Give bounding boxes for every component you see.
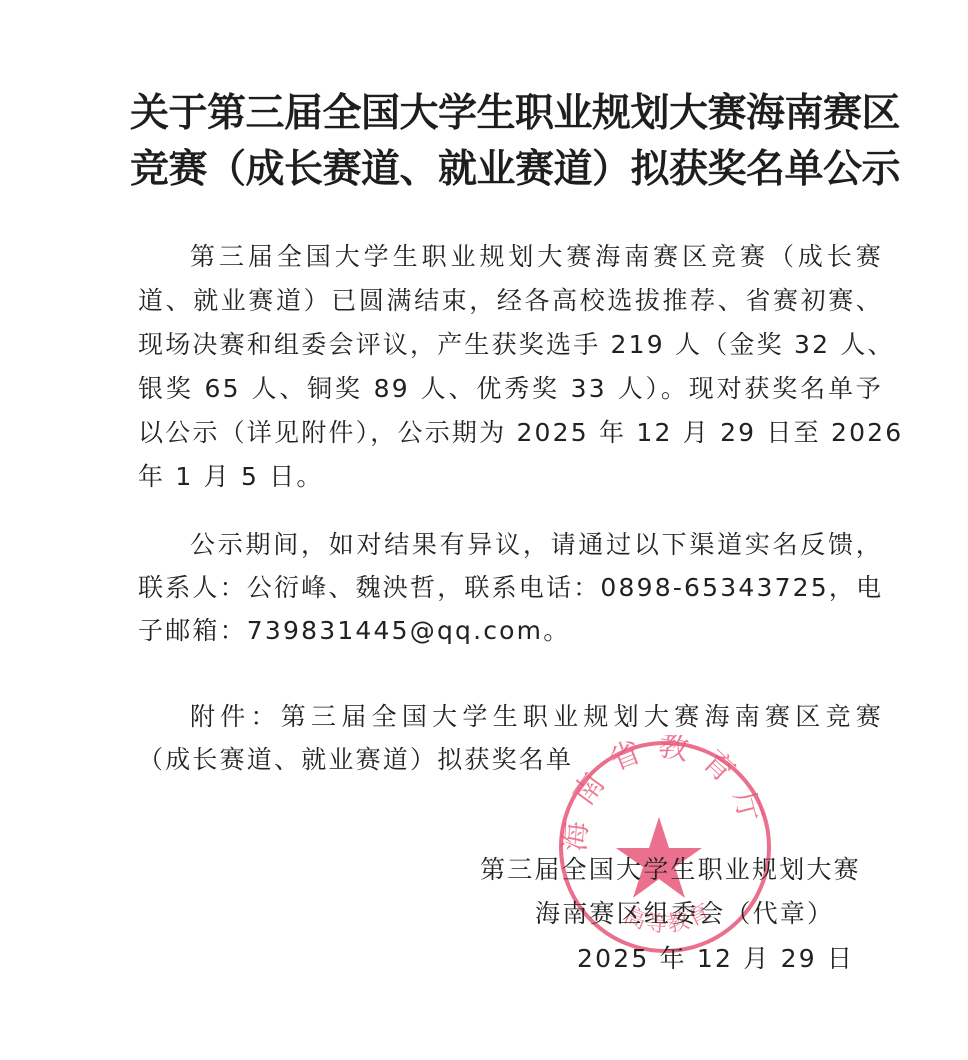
document-title-line-1: 关于第三届全国大学生职业规划大赛海南赛区 (130, 82, 890, 138)
paragraph-line: 子邮箱：739831445@qq.com。 (138, 616, 883, 646)
document-title-line-2: 竞赛（成长赛道、就业赛道）拟获奖名单公示 (130, 138, 890, 194)
attachment-line: 附件：第三届全国大学生职业规划大赛海南赛区竞赛 (190, 702, 883, 732)
paragraph-line: 第三届全国大学生职业规划大赛海南赛区竞赛（成长赛 (190, 242, 883, 272)
paragraph-line: 联系人：公衍峰、魏泱哲，联系电话：0898-65343725，电 (138, 573, 883, 603)
paragraph-line: 道、就业赛道）已圆满结束，经各高校选拔推荐、省赛初赛、 (138, 286, 883, 316)
signature-org-line-2: 海南赛区组委会（代章） (535, 899, 834, 929)
attachment-line: （成长赛道、就业赛道）拟获奖名单 (138, 745, 883, 775)
document-page: 关于第三届全国大学生职业规划大赛海南赛区 竞赛（成长赛道、就业赛道）拟获奖名单公… (0, 0, 968, 1060)
signature-date: 2025 年 12 月 29 日 (577, 944, 854, 974)
paragraph-line: 以公示（详见附件），公示期为 2025 年 12 月 29 日至 2026 (138, 418, 883, 448)
signature-org-line-1: 第三届全国大学生职业规划大赛 (480, 855, 861, 885)
paragraph-line: 年 1 月 5 日。 (138, 462, 883, 492)
paragraph-line: 银奖 65 人、铜奖 89 人、优秀奖 33 人）。现对获奖名单予 (138, 374, 883, 404)
paragraph-line: 现场决赛和组委会评议，产生获奖选手 219 人（金奖 32 人、 (138, 330, 883, 360)
paragraph-line: 公示期间，如对结果有异议，请通过以下渠道实名反馈， (190, 530, 883, 560)
